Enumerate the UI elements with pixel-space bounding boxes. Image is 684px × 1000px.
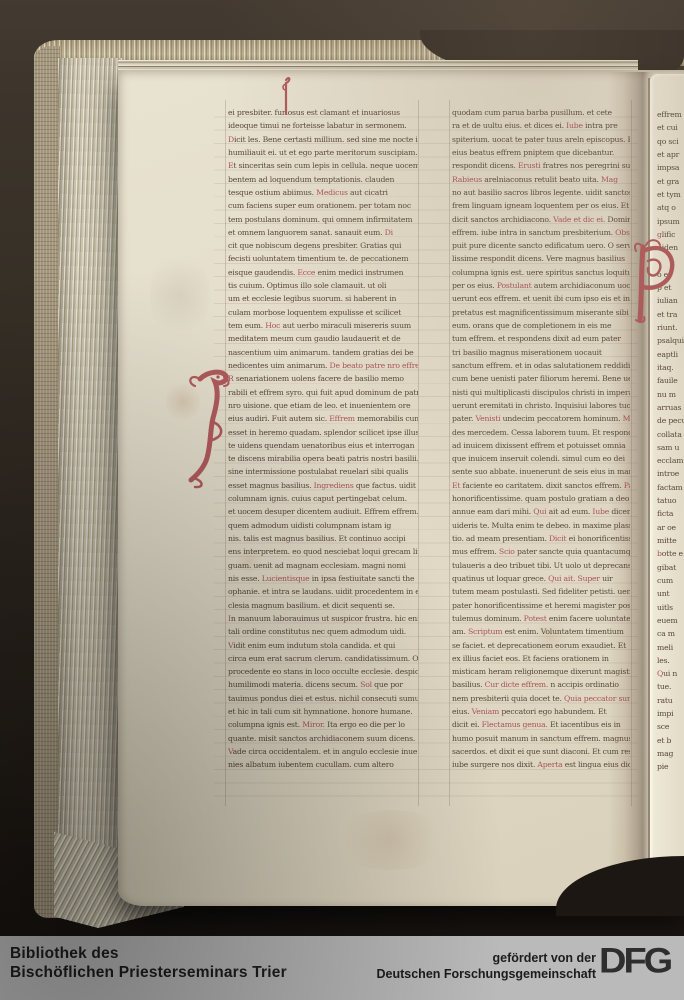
manuscript-line: culam morbose loquentem expulisse et sci…: [228, 306, 418, 319]
manuscript-line: am. Scriptum est enim. Voluntatem timent…: [452, 625, 630, 638]
manuscript-line: et tym: [657, 188, 684, 201]
manuscript-line: tis cuium. Optimus illo sole clamauit. u…: [228, 279, 418, 292]
manuscript-line: basilius. Cur dicte effrem. n accipis or…: [452, 678, 630, 691]
manuscript-line: Vade circa occidentalem. et in angulo ec…: [228, 745, 418, 758]
manuscript-line: pater. Venisti undecim peccatorem hominu…: [452, 412, 630, 425]
manuscript-line: qo sci: [657, 135, 684, 148]
manuscript-line: ficta: [657, 507, 684, 520]
manuscript-line: mitte: [657, 534, 684, 547]
manuscript-line: uerunt eos effrem. et uenit ibi cum ipso…: [452, 292, 630, 305]
manuscript-line: des mercedem. Cessa laborem tuum. Et res…: [452, 426, 630, 439]
manuscript-line: Vidit enim eum indutum stola candida. et…: [228, 639, 418, 652]
manuscript-line: Et sinceritas sein cum lepis in cellula.…: [228, 159, 418, 172]
manuscript-line: et uocem desuper dicentem audiuit. Effre…: [228, 505, 418, 518]
manuscript-line: eisque gaudendis. Ecce enim medici instr…: [228, 266, 418, 279]
manuscript-line: te uidens quendam uenatoribus eius et in…: [228, 439, 418, 452]
manuscript-line: pater honorificentissime et heremi magis…: [452, 599, 630, 612]
manuscript-line: tulaueris a deo tribuet tibi. Ut uolo ut…: [452, 559, 630, 572]
decorated-initial-p: [633, 238, 677, 328]
manuscript-line: columnam ignis. cuius caput pertingebat …: [228, 492, 418, 505]
manuscript-line: dicit ei. Flectamus genua. Et iacentibus…: [452, 718, 630, 731]
manuscript-line: rabili et effrem syro. qui fuit apud dom…: [228, 386, 418, 399]
manuscript-line: tri basilio magnus miserationem uocauit: [452, 346, 630, 359]
text-column-right: quodam cum parua barba pusillum. et cete…: [452, 106, 630, 772]
manuscript-line: iube surgere nos dixit. Aperta est lingu…: [452, 758, 630, 771]
manuscript-line: ad inuicem dixissent effrem et potuisset…: [452, 439, 630, 452]
manuscript-line: itaq.: [657, 361, 684, 374]
footer-bar: Bibliothek des Bischöflichen Priestersem…: [0, 936, 684, 1000]
manuscript-line: ecclam: [657, 454, 684, 467]
manuscript-line: circa eum erat sacrum clerum. candidatis…: [228, 652, 418, 665]
manuscript-line: les.: [657, 654, 684, 667]
manuscript-line: sce: [657, 720, 684, 733]
manuscript-line: ex illius faciet eos. Et faciens oration…: [452, 652, 630, 665]
manuscript-line: no aut basilio sacros libros legente. ui…: [452, 186, 630, 199]
manuscript-line: nro uisione. que etiam de leo. et inueni…: [228, 399, 418, 412]
manuscript-line: euem: [657, 614, 684, 627]
fore-edge-leaves: [58, 58, 122, 916]
manuscript-line: nedicentes uim animarum. De beato patre …: [228, 359, 418, 372]
manuscript-line: cum: [657, 574, 684, 587]
manuscript-line: esset in heremo quadam. splendor scilice…: [228, 426, 418, 439]
manuscript-line: fauile: [657, 374, 684, 387]
manuscript-line: puit pure dicente sancto edificatum uero…: [452, 239, 630, 252]
manuscript-line: et hic in tali cum sit hymnatione. honor…: [228, 705, 418, 718]
manuscript-line: unt: [657, 587, 684, 600]
manuscript-line: humo posuit manum in sanctum effrem. mag…: [452, 732, 630, 745]
manuscript-line: um et ecclesie legibus suorum. si habere…: [228, 292, 418, 305]
manuscript-line: et b: [657, 734, 684, 747]
manuscript-line: ar oe: [657, 521, 684, 534]
manuscript-line: impsa: [657, 161, 684, 174]
red-paragraph-mark: [279, 72, 293, 118]
manuscript-line: nascentium uim animarum. tandem gratias …: [228, 346, 418, 359]
manuscript-line: tauimus pondus diei et estus. nichil con…: [228, 692, 418, 705]
manuscript-line: sine intermissione postulabat reuelari s…: [228, 465, 418, 478]
library-name-line1: Bibliothek des: [10, 944, 287, 963]
library-name-line2: Bischöflichen Priesterseminars Trier: [10, 963, 287, 982]
manuscript-line: psalqui: [657, 334, 684, 347]
manuscript-line: tio. ad meam presentiam. Dicit ei honori…: [452, 532, 630, 545]
funding-credit: gefördert von der Deutschen Forschungsge…: [377, 950, 597, 982]
ruling-vertical: [449, 100, 450, 806]
manuscript-line: ideoque timui ne forteisse labatur in se…: [228, 119, 418, 132]
manuscript-line: dicit sanctos archidiacono. Vade et dic …: [452, 213, 630, 226]
manuscript-line: procedente eo stans in loco occulte eccl…: [228, 665, 418, 678]
funding-credit-line2: Deutschen Forschungsgemeinschaft: [377, 966, 597, 982]
manuscript-line: eaptli: [657, 348, 684, 361]
manuscript-line: uerunt eremitati in christo. Inquisiui l…: [452, 399, 630, 412]
manuscript-line: tem eum. Hoc aut uerbo miraculi misereri…: [228, 319, 418, 332]
binding-board-edge: [34, 46, 60, 918]
manuscript-line: In manuum laborauimus ut suspicor frustr…: [228, 612, 418, 625]
library-name: Bibliothek des Bischöflichen Priestersem…: [10, 944, 287, 982]
manuscript-line: eius audiri. Fuit autem sic. Effrem memo…: [228, 412, 418, 425]
manuscript-line: spiterium. uocat te pater tuus areln epi…: [452, 133, 630, 146]
manuscript-line: columpna ignis est. uere spiritus sanctu…: [452, 266, 630, 279]
manuscript-line: uideris te. Multa enim te debeo. in maxi…: [452, 519, 630, 532]
manuscript-line: tum effrem. et respondens dixit ad eum p…: [452, 332, 630, 345]
zoomorphic-initial-f: [186, 368, 236, 490]
manuscript-line: cit que nobiscum degens presbiter. Grati…: [228, 239, 418, 252]
manuscript-line: respondit dicens. Erusti fratres nos per…: [452, 159, 630, 172]
manuscript-line: Dicit les. Bene certasti millium. sed si…: [228, 133, 418, 146]
manuscript-line: Et faciente eo caritatem. dixit sanctos …: [452, 479, 630, 492]
manuscript-line: misticam heram religionemque dixerunt ma…: [452, 665, 630, 678]
manuscript-line: quatinus ut loquar grece. Qui ait. Super…: [452, 572, 630, 585]
ruling-vertical: [418, 100, 419, 806]
manuscript-line: effrem. iube intra in sanctum presbiteri…: [452, 226, 630, 239]
manuscript-line: factam: [657, 481, 684, 494]
manuscript-line: lissime respondit dicens. Vere magnus ba…: [452, 252, 630, 265]
manuscript-line: nies albatum iubentem cucullam. cum alte…: [228, 758, 418, 771]
text-column-sliver: effremet cuiqo sciet aprimpsaet graet ty…: [657, 108, 684, 774]
manuscript-line: humiliauit ei. ut et ego parte meritorum…: [228, 146, 418, 159]
manuscript-line: quodam cum parua barba pusillum. et cete: [452, 106, 630, 119]
manuscript-line: R senariationem uolens facere de basilio…: [228, 372, 418, 385]
manuscript-line: gibat: [657, 561, 684, 574]
manuscript-line: tue.: [657, 680, 684, 693]
manuscript-line: sanctum effrem. et in odas salutationem …: [452, 359, 630, 372]
manuscript-line: sacerdos. et dixit ei que sunt diaconi. …: [452, 745, 630, 758]
manuscript-line: nisti qui multiplicasti discipulos chris…: [452, 386, 630, 399]
manuscript-line: arruas: [657, 401, 684, 414]
manuscript-line: nu m: [657, 388, 684, 401]
manuscript-line: guam. uenit ad magnam ecclesiam. magni n…: [228, 559, 418, 572]
manuscript-line: mus effrem. Scio pater sancte quia quant…: [452, 545, 630, 558]
manuscript-line: nis. talis est magnus basilius. Et conti…: [228, 532, 418, 545]
manuscript-line: fecisti uoluntatem timentium te. de pecc…: [228, 252, 418, 265]
manuscript-line: ei presbiter. furiosus est clamant et in…: [228, 106, 418, 119]
manuscript-line: et apr: [657, 148, 684, 161]
dfg-logo: DFG: [599, 942, 670, 982]
manuscript-line: columpna ignis est. Miror. Ita ergo eo d…: [228, 718, 418, 731]
manuscript-line: eius. Veniam peccatori ego habundem. Et: [452, 705, 630, 718]
manuscript-line: annue eam dari mihi. Qui ait ad eum. Iub…: [452, 505, 630, 518]
manuscript-line: clesia magnum basilium. et dicit sequent…: [228, 599, 418, 612]
manuscript-line: tulemus dominum. Potest enim facere uolu…: [452, 612, 630, 625]
manuscript-line: tesque ostium abiimus. Medicus aut cicat…: [228, 186, 418, 199]
manuscript-line: nis esse. Lucientisque in ipsa festiuita…: [228, 572, 418, 585]
manuscript-line: sam u: [657, 441, 684, 454]
manuscript-line: mag: [657, 747, 684, 760]
manuscript-line: et cui: [657, 121, 684, 134]
manuscript-line: quem admodum uidisti columpnam istam ig: [228, 519, 418, 532]
funding-credit-line1: gefördert von der: [377, 950, 597, 966]
manuscript-line: eum. orans que de completionem in eis me: [452, 319, 630, 332]
manuscript-line: Qui n: [657, 667, 684, 680]
manuscript-line: tutem meam postulasti. Sed fideliter pet…: [452, 585, 630, 598]
digitized-manuscript-photo: ei presbiter. furiosus est clamant et in…: [0, 0, 684, 1000]
manuscript-line: ophanie. et intra se laudans. uidit proc…: [228, 585, 418, 598]
manuscript-line: tem postulans dominum. qui omnem infirmi…: [228, 213, 418, 226]
manuscript-line: atq o: [657, 201, 684, 214]
manuscript-line: nem presbiterii quia docet te. Quia pecc…: [452, 692, 630, 705]
manuscript-line: cum faciens super eum orationem. per tot…: [228, 199, 418, 212]
manuscript-line: ra et de uultu eius. et dices ei. Iube i…: [452, 119, 630, 132]
manuscript-line: te discens mirabilia opera beati patris …: [228, 452, 418, 465]
manuscript-line: collata: [657, 428, 684, 441]
text-column-left: ei presbiter. furiosus est clamant et in…: [228, 106, 418, 772]
manuscript-line: ratu: [657, 694, 684, 707]
manuscript-line: se faciet. et deprecationem eorum exaudi…: [452, 639, 630, 652]
manuscript-line: ca m: [657, 627, 684, 640]
manuscript-line: introe: [657, 467, 684, 480]
manuscript-line: effrem: [657, 108, 684, 121]
manuscript-line: meditatem meum cum gaudio laudauerit et …: [228, 332, 418, 345]
manuscript-line: uitls: [657, 601, 684, 614]
manuscript-line: ipsum: [657, 215, 684, 228]
manuscript-line: botte e: [657, 547, 684, 560]
manuscript-line: et gra: [657, 175, 684, 188]
manuscript-line: ens interpretem. eo quod nesciebat loqui…: [228, 545, 418, 558]
manuscript-line: sente suo abbate. inuenerunt de seis eiu…: [452, 465, 630, 478]
manuscript-line: frem linguam igneam loquentem per os eiu…: [452, 199, 630, 212]
manuscript-line: quante. misit sanctos archidiaconem suum…: [228, 732, 418, 745]
manuscript-line: Rabieus arelniaconus retulit beato uita.…: [452, 173, 630, 186]
manuscript-line: cum bene uenisti pater filiorum heremi. …: [452, 372, 630, 385]
manuscript-line: eius beatus effrem pniptem que dicebantu…: [452, 146, 630, 159]
manuscript-line: que inuicem inseruit colendi. simul cum …: [452, 452, 630, 465]
manuscript-line: pretatus est magnificentissimum miserant…: [452, 306, 630, 319]
manuscript-line: pie: [657, 760, 684, 773]
manuscript-line: meli: [657, 641, 684, 654]
manuscript-line: bentem ad loquendum temptationis. claude…: [228, 173, 418, 186]
manuscript-line: esset magnus basilius. Ingrediens que fa…: [228, 479, 418, 492]
manuscript-line: tali ordine constitutus nec quem admodum…: [228, 625, 418, 638]
manuscript-line: humilimodi materia. dicens secum. Sol qu…: [228, 678, 418, 691]
manuscript-line: de pecu: [657, 414, 684, 427]
manuscript-line: per os eius. Postulant autem archidiacon…: [452, 279, 630, 292]
manuscript-line: et omnem languorem sanat. sanauit eum. D…: [228, 226, 418, 239]
manuscript-line: honorificentissime. quam postulo gratiam…: [452, 492, 630, 505]
manuscript-line: tatuo: [657, 494, 684, 507]
manuscript-line: impi: [657, 707, 684, 720]
